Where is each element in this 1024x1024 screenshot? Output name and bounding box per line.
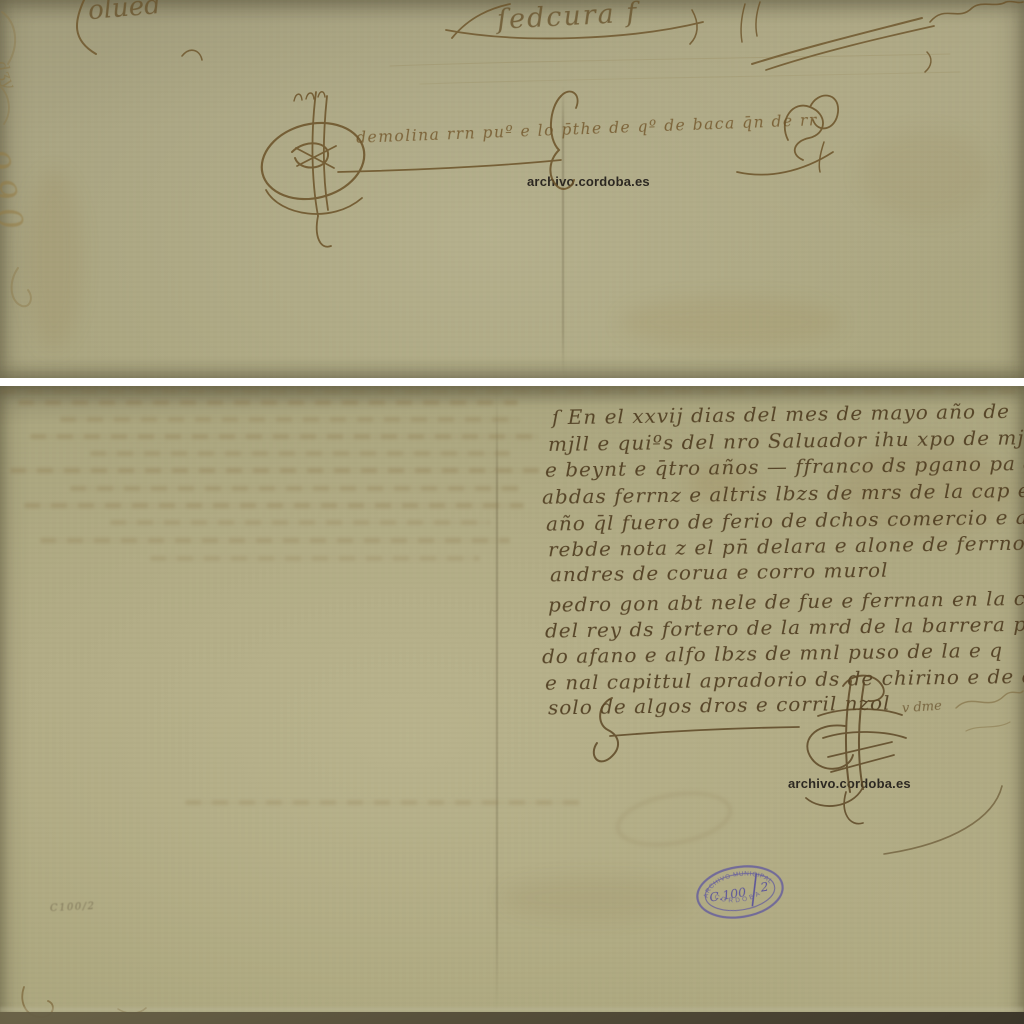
manuscript-line: e nal capittul apradorio ds de chirino e…: [545, 663, 1024, 694]
faded-strokes: [22, 691, 1023, 1017]
paper-stain: [860, 130, 990, 220]
bleed-through-line: [150, 556, 480, 561]
manuscript-line: solo de algos dros e corril nzol: [548, 691, 891, 720]
manuscript-line: andres de corua e corro murol: [550, 558, 889, 587]
archival-scan-page: olued ſedcura f dʒy 990 demolina rrn puº…: [0, 0, 1024, 1024]
bleed-through-line: [30, 434, 540, 439]
pencil-reference-mark: C100/2: [50, 901, 96, 914]
bleed-through-line: [70, 486, 520, 491]
bottom-document-scan: ſ En el xxvij dias del mes de mayo año d…: [0, 386, 1024, 1024]
fold-crease: [562, 86, 564, 374]
paper-stain: [840, 444, 1010, 536]
bleed-through-line: [24, 503, 524, 508]
manuscript-line: ſ En el xxvij dias del mes de mayo año d…: [552, 399, 1010, 429]
paper-stain: [500, 876, 690, 920]
site-watermark: archivo.cordoba.es: [527, 174, 650, 189]
manuscript-line: rebde nota z el pn̄ delara e alone de fe…: [548, 531, 1024, 562]
bleed-through-line: [18, 400, 518, 405]
photo-divider: [0, 378, 1024, 386]
archive-oval-stamp: ARCHIVO MUNICIPAL CORDOBA C.100 2: [690, 857, 790, 927]
faded-margin-strokes: [0, 12, 960, 306]
bleed-through-line: [60, 417, 520, 422]
bleed-through-band: [0, 389, 1024, 394]
manuscript-line: del rey ds fortero de la mrd de la barre…: [545, 611, 1024, 642]
rubric-flourish: [254, 92, 839, 247]
paper-stain: [26, 170, 82, 350]
photo-bottom-edge: [0, 1012, 1024, 1024]
site-watermark: archivo.cordoba.es: [788, 776, 911, 791]
top-edge-signature: ſedcura f: [496, 0, 639, 36]
stamp-graphic: ARCHIVO MUNICIPAL CORDOBA C.100 2: [690, 857, 790, 927]
bleed-through-line: [110, 520, 490, 525]
signature-strokes: [77, 0, 1023, 72]
manuscript-line: pedro gon abt nele de fue e ferrnan en l…: [548, 585, 1024, 616]
margin-script-rotated: dʒy: [0, 58, 20, 91]
manuscript-line: demolina rrn puº e lo p̄the de qº de bac…: [356, 111, 818, 147]
bleed-through-line: [90, 451, 510, 456]
bleed-through-line: [10, 468, 540, 473]
top-document-scan: olued ſedcura f dʒy 990 demolina rrn puº…: [0, 0, 1024, 378]
fold-crease: [496, 392, 498, 1010]
bleed-through-rubric: [613, 784, 736, 853]
bleed-through-line: [185, 800, 580, 805]
paper-stain: [688, 462, 752, 504]
paper-stain: [620, 296, 840, 348]
top-edge-handwriting-left: olued: [87, 0, 162, 26]
manuscript-line: do afano e alfo lbzs de mnl puso de la e…: [542, 638, 1003, 668]
margin-note: v dme: [902, 699, 943, 717]
bleed-through-line: [40, 538, 510, 543]
